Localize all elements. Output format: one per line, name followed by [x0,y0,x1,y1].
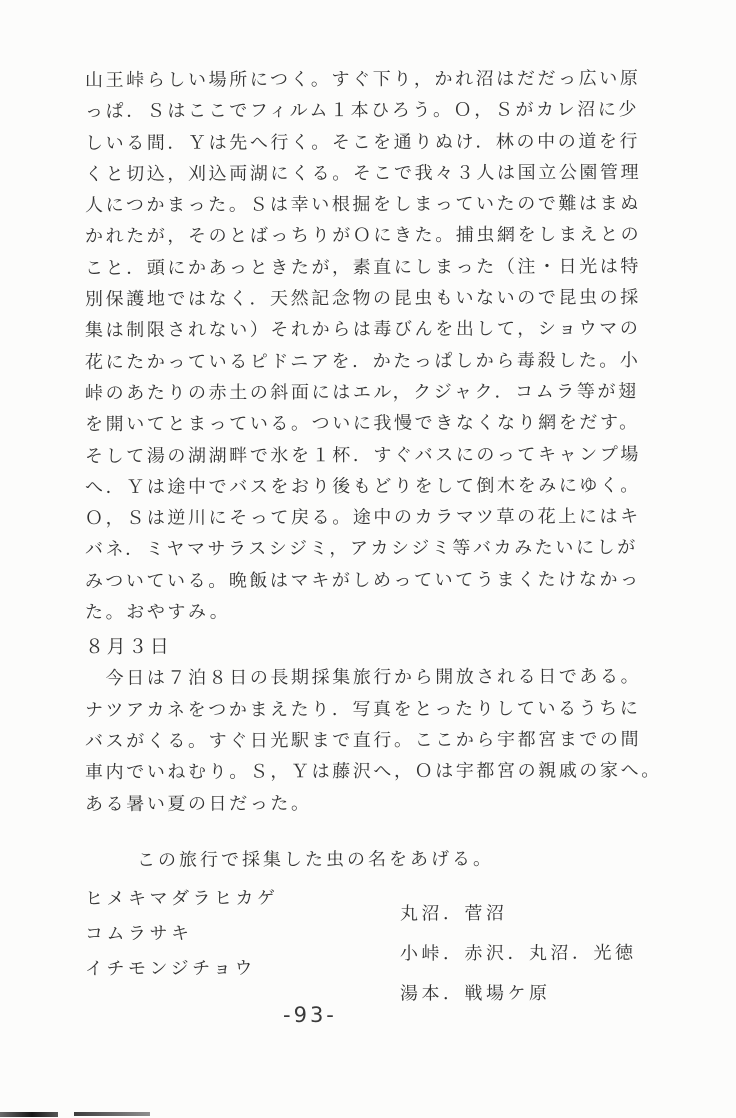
handwritten-text-line: 別保護地ではなく．天然記念物の昆虫もいないので昆虫の採 [85,282,667,315]
handwritten-text-line: っぱ．Ｓはここでフィルム１本ひろう。Ｏ，Ｓがカレ沼に少 [85,94,667,127]
insect-names-list: ヒメキマダラヒカゲコムラサキイチモンジチョウ [85,881,385,1014]
insect-name: コムラサキ [85,915,385,951]
handwritten-text-line: バネ．ミヤマサラスシジミ，アカシジミ等バカみたいにしが [85,532,667,565]
diary-second-paragraph: 今日は７泊８日の長期採集旅行から開放される日である。ナツアカネをつかまえたり．写… [85,662,667,818]
date-heading: ８月３日 [85,629,667,663]
location-name: 丸沼．菅沼 [400,893,637,934]
scan-edge-artifact [0,1112,58,1117]
handwritten-text-line: しいる間．Ｙは先へ行く。そこを通りぬけ．林の中の道を行 [85,126,667,159]
handwritten-text-line: こと．頭にかあっときたが，素直にしまった（注・日光は特 [85,251,667,284]
page-number: -93- [283,1003,337,1027]
handwritten-text-line: バスがくる。すぐ日光駅まで直行。ここから宇都宮までの間 [85,724,667,757]
location-name: 小峠．赤沢．丸沼．光徳 [400,933,637,974]
handwritten-text-line: 人につかまった。Ｓは幸い根掘をしまっていたので難はまぬ [85,188,667,221]
handwritten-text-line: 花にたかっているピドニアを．かたっぱしから毒殺した。小 [85,345,667,378]
handwritten-text-line: 集は制限されない）それからは毒びんを出して，ショウマの [85,313,667,346]
handwritten-text-line: 今日は７泊８日の長期採集旅行から開放される日である。 [85,661,667,694]
collected-insects-intro: この旅行で採集した虫の名をあげる。 [137,844,667,876]
location-names-list: 丸沼．菅沼小峠．赤沢．丸沼．光徳湯本．戦場ケ原 [385,881,637,1014]
scan-edge-artifact [74,1112,150,1116]
insect-name: ヒメキマダラヒカゲ [85,880,385,916]
handwritten-text-line: 峠のあたりの赤土の斜面にはエル，クジャク．コムラ等が翅 [85,376,667,409]
handwritten-text-line: かれたが，そのとばっちりがＯにきた。捕虫網をしまえとの [85,219,667,252]
handwritten-text-line: 車内でいねむり。Ｓ，Ｙは藤沢へ，Ｏは宇都宮の親戚の家へ。 [85,755,667,788]
lists-columns: ヒメキマダラヒカゲコムラサキイチモンジチョウ 丸沼．菅沼小峠．赤沢．丸沼．光徳湯… [85,881,667,1014]
location-name: 湯本．戦場ケ原 [400,973,637,1014]
insect-name: イチモンジチョウ [85,950,385,986]
page-text-block: 山王峠らしい場所につく。すぐ下り，かれ沼はだだっ広い原っぱ．Ｓはここでフィルム１… [85,64,667,1014]
scanned-page: 山王峠らしい場所につく。すぐ下り，かれ沼はだだっ広い原っぱ．Ｓはここでフィルム１… [0,0,736,1118]
diary-body-paragraph: 山王峠らしい場所につく。すぐ下り，かれ沼はだだっ広い原っぱ．Ｓはここでフィルム１… [85,64,667,627]
handwritten-text-line: みついている。晩飯はマキがしめっていてうまくたけなかっ [85,564,667,597]
handwritten-text-line: Ｏ，Ｓは逆川にそって戻る。途中のカラマツ草の花上にはキ [85,501,667,534]
handwritten-text-line: ある暑い夏の日だった。 [85,787,667,820]
handwritten-text-line: を開いてとまっている。ついに我慢できなくなり網をだす。 [85,407,667,440]
handwritten-text-line: ナツアカネをつかまえたり．写真をとったりしているうちに [85,693,667,726]
handwritten-text-line: へ．Ｙは途中でバスをおり後もどりをして倒木をみにゆく。 [85,470,667,503]
handwritten-text-line: そして湯の湖湖畔で氷を１杯．すぐバスにのってキャンプ場 [85,439,667,472]
handwritten-text-line: た。おやすみ。 [85,595,667,628]
handwritten-text-line: 山王峠らしい場所につく。すぐ下り，かれ沼はだだっ広い原 [85,63,667,96]
handwritten-text-line: くと切込，刈込両湖にくる。そこで我々３人は国立公園管理 [85,157,667,190]
